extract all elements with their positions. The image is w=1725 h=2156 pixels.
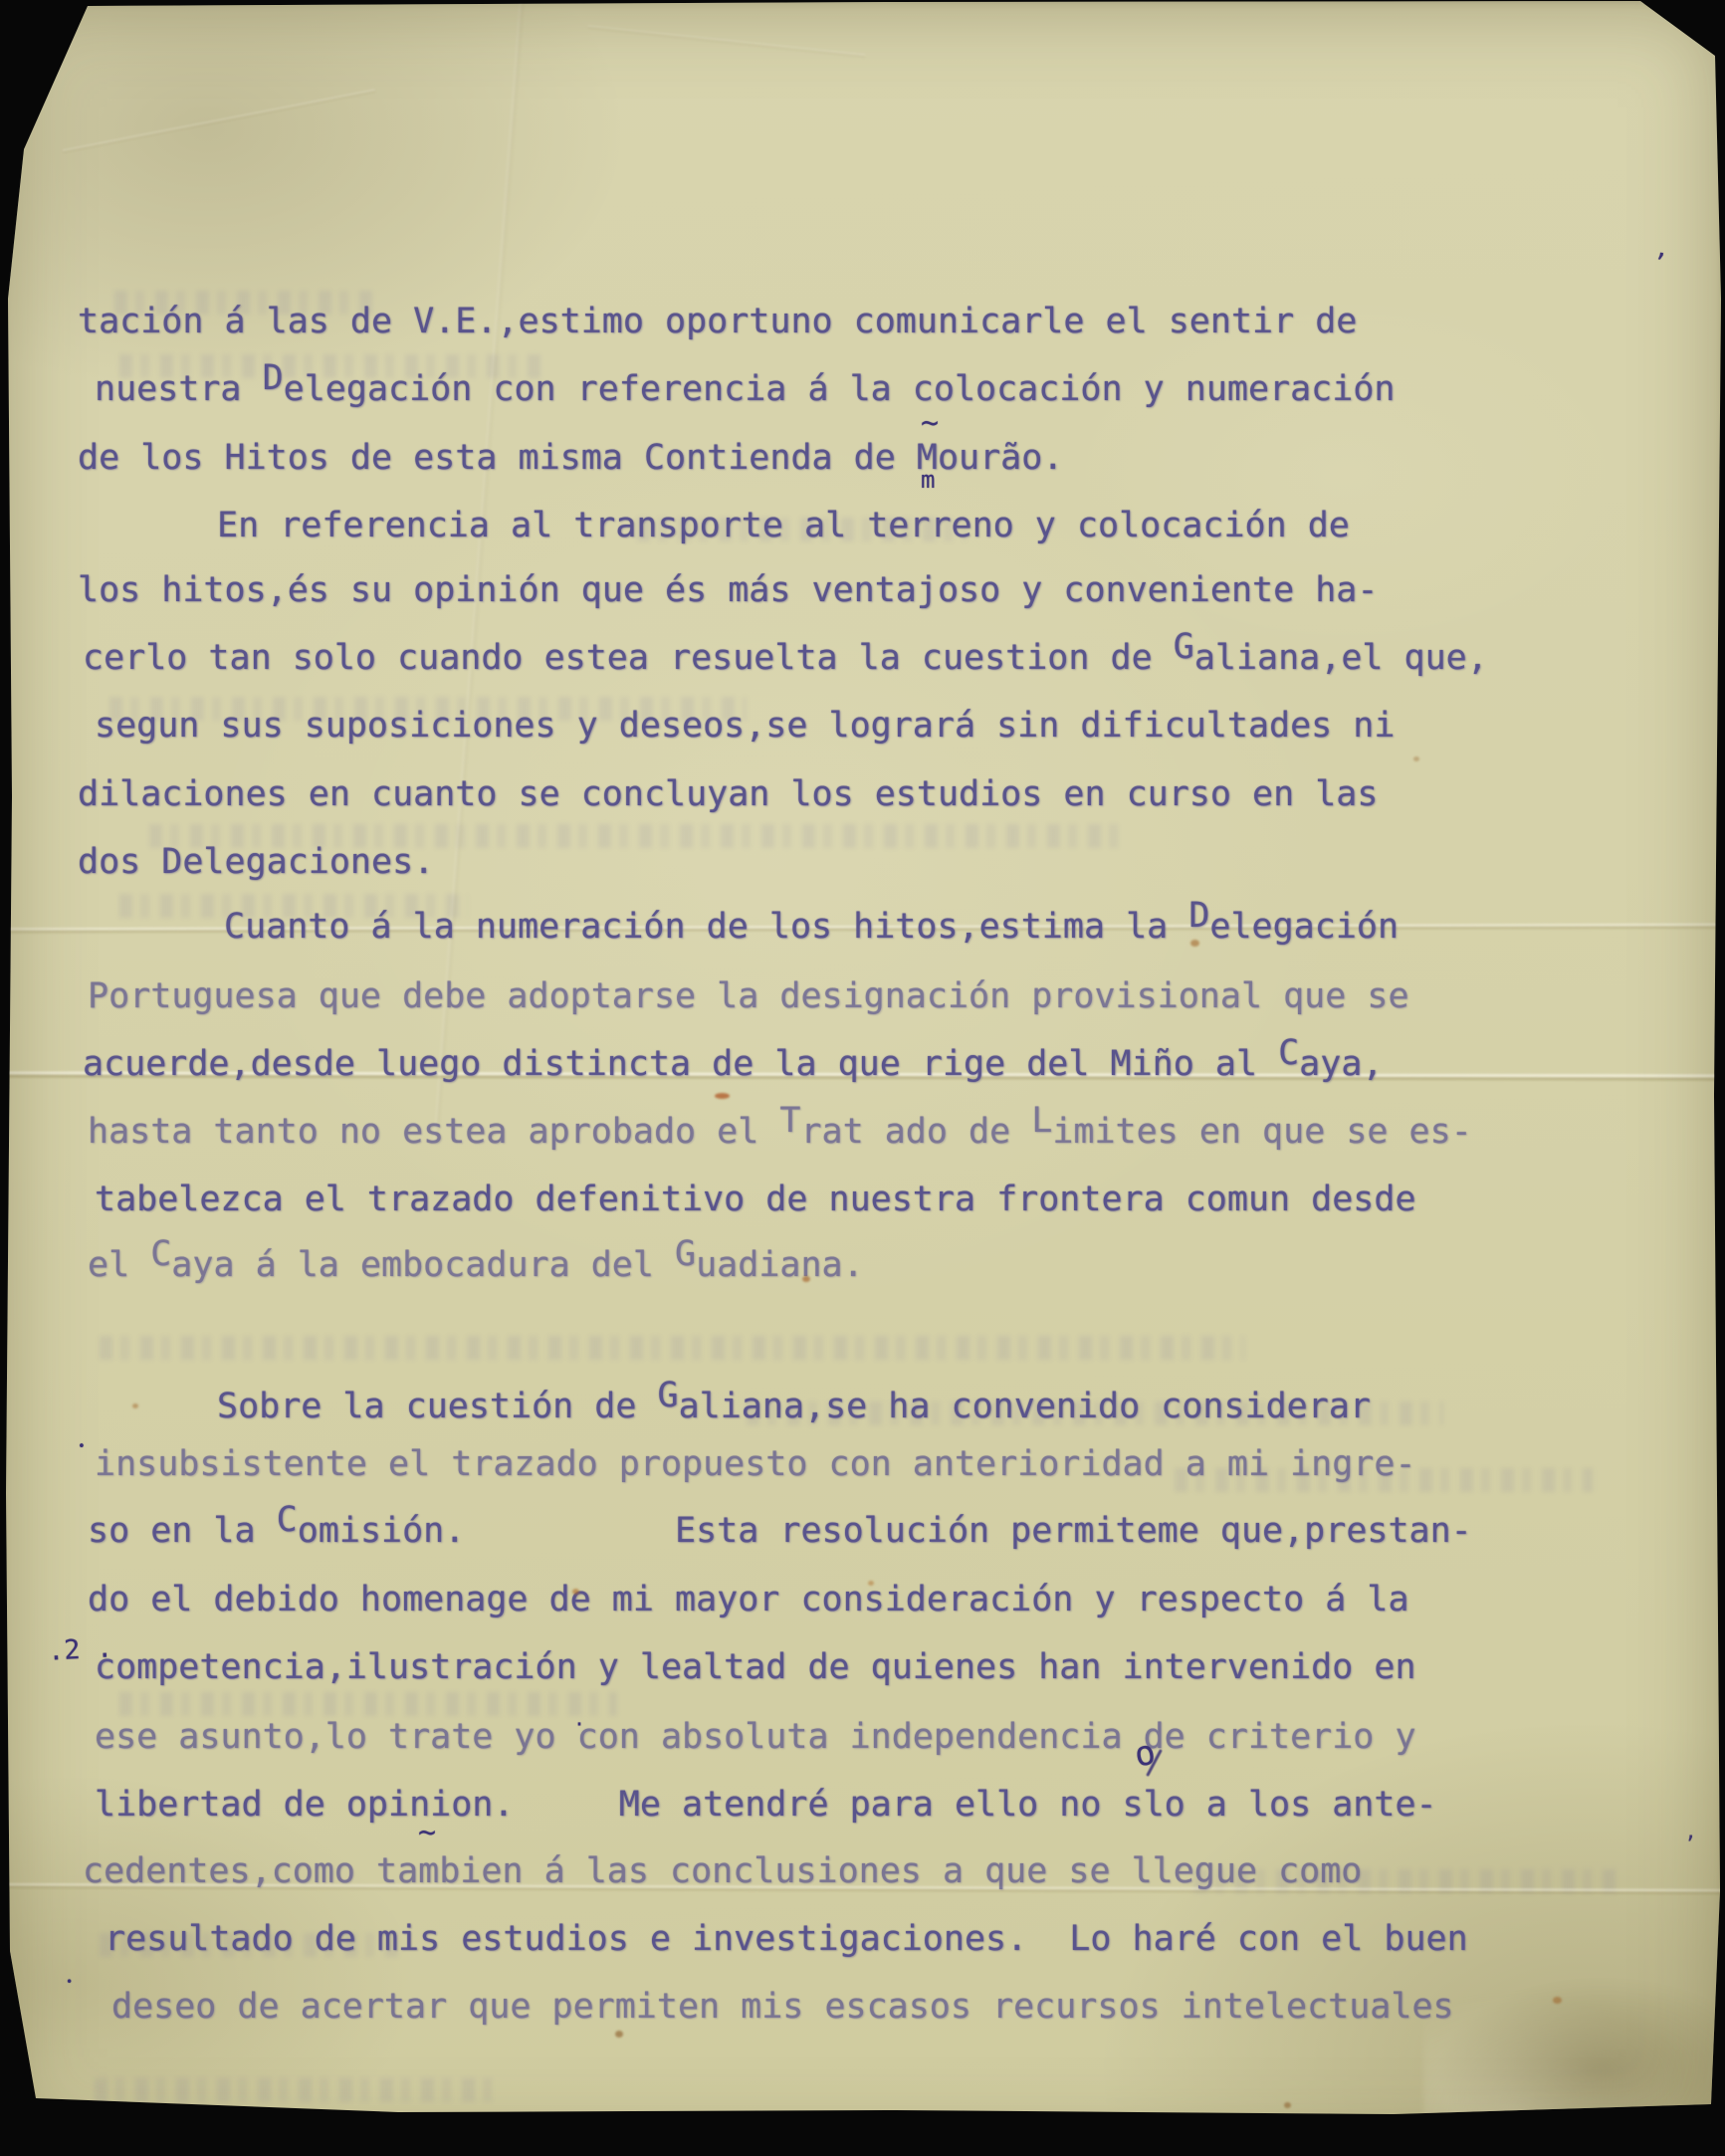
typed-text: hasta tanto no estea aprobado el (88, 1112, 779, 1152)
typed-line: segun sus suposiciones y deseos,se logra… (95, 703, 1395, 749)
typed-text: ese asunto,lo trate yo con absoluta inde… (95, 1717, 1416, 1757)
margin-dot: • (78, 1439, 86, 1454)
raised-letter: C (1278, 1033, 1299, 1073)
typed-line: deseo de acertar que permiten mis escaso… (111, 1984, 1454, 2030)
typed-text: cedentes,como tambien á las conclusiones… (83, 1851, 1362, 1891)
typed-line: tabelezca el trazado defenitivo de nuest… (95, 1177, 1416, 1222)
top-right-fleck: ʼ (1650, 248, 1668, 278)
paper-crease (588, 25, 866, 57)
typed-text: do el debido homenage de mi mayor consid… (88, 1580, 1409, 1619)
typed-text: dilaciones en cuanto se concluyan los es… (78, 774, 1378, 814)
typed-text: dos Delegaciones. (78, 842, 434, 882)
right-edge-fleck: ʼ (1684, 1832, 1696, 1855)
typed-text: Portuguesa que debe adoptarse la designa… (88, 976, 1409, 1016)
typed-line: acuerde,desde luego distincta de la que … (83, 1041, 1383, 1087)
margin-mark-2: .2 . (47, 1632, 113, 1666)
tilde-under-opinion: ~ (418, 1816, 436, 1850)
typed-text: En referencia al transporte al terreno y… (217, 506, 1350, 545)
typed-line: de los Hitos de esta misma Contienda de … (78, 435, 1063, 481)
typed-text: el (88, 1245, 150, 1285)
raised-letter: C (277, 1500, 298, 1540)
bleedthrough-ghost (119, 1692, 617, 1716)
raised-letter: G (1174, 627, 1194, 667)
raised-letter: G (675, 1234, 696, 1274)
typed-line: do el debido homenage de mi mayor consid… (88, 1577, 1409, 1622)
scanned-document-view: tación á las de V.E.,estimo oportuno com… (0, 0, 1725, 2156)
typed-line: competencia,ilustración y lealtad de qui… (95, 1644, 1416, 1690)
typed-text: rat ado de (800, 1112, 1031, 1152)
typed-text: insubsistente el trazado propuesto con a… (95, 1444, 1416, 1484)
typed-text: elegación con referencia á la colocación… (284, 369, 1396, 409)
paper-stain (572, 1589, 579, 1595)
typed-line: resultado de mis estudios e investigacio… (105, 1916, 1468, 1962)
typed-text: cerlo tan solo cuando estea resuelta la … (83, 638, 1174, 678)
typed-line: hasta tanto no estea aprobado el Trat ad… (88, 1109, 1472, 1155)
stray-dot: · (573, 1712, 585, 1736)
typed-line: cerlo tan solo cuando estea resuelta la … (83, 635, 1488, 681)
typed-text: aya, (1299, 1044, 1383, 1084)
raised-letter: T (779, 1101, 800, 1141)
typed-text: omisión. Esta resolución permiteme que,p… (298, 1511, 1472, 1551)
paper-stain (1553, 1997, 1562, 2004)
typed-text: aliana,se ha convenido considerar (679, 1387, 1371, 1426)
typed-text: competencia,ilustración y lealtad de qui… (95, 1647, 1416, 1687)
raised-letter: C (150, 1234, 171, 1274)
typed-line: ese asunto,lo trate yo con absoluta inde… (95, 1714, 1416, 1760)
typed-text: los hitos,és su opinión que és más venta… (78, 570, 1378, 610)
paper-stain (802, 1276, 810, 1282)
typed-text: elegación (1209, 907, 1399, 947)
raised-letter: D (1188, 896, 1209, 936)
typed-text: acuerde,desde luego distincta de la que … (83, 1044, 1278, 1084)
raised-letter: G (658, 1376, 679, 1415)
typed-line: los hitos,és su opinión que és más venta… (78, 567, 1378, 613)
raised-letter: D (263, 358, 284, 398)
bottom-left-dot: • (66, 1975, 73, 1989)
typed-text: imites en que se es- (1052, 1112, 1471, 1152)
typed-line: tación á las de V.E.,estimo oportuno com… (78, 299, 1357, 344)
typed-line: cedentes,como tambien á las conclusiones… (83, 1848, 1362, 1894)
paper-crumple-shadow (1423, 1971, 1722, 2150)
typed-line: dilaciones en cuanto se concluyan los es… (78, 771, 1378, 817)
paper-stain (1190, 940, 1199, 947)
paper-stain (1284, 2102, 1291, 2108)
typed-text: tación á las de V.E.,estimo oportuno com… (78, 302, 1357, 341)
paper-stain (715, 1093, 730, 1099)
typed-line: En referencia al transporte al terreno y… (217, 503, 1350, 548)
typed-text: segun sus suposiciones y deseos,se logra… (95, 706, 1395, 746)
typed-line: nuestra Delegación con referencia á la c… (95, 366, 1395, 412)
typed-text: uadiana. (696, 1245, 864, 1285)
typed-line: Sobre la cuestión de Galiana,se ha conve… (217, 1384, 1371, 1429)
typed-text: nuestra (95, 369, 263, 409)
paper-stain (1413, 756, 1419, 761)
raised-letter: L (1031, 1101, 1052, 1141)
bleedthrough-ghost (100, 1336, 1244, 1360)
paper-stain (868, 1581, 874, 1586)
typed-text: aliana,el que, (1194, 638, 1488, 678)
typed-line: Cuanto á la numeración de los hitos,esti… (224, 904, 1399, 950)
bleedthrough-ghost (95, 2078, 493, 2102)
typed-line: dos Delegaciones. (78, 839, 434, 885)
typed-line: el Caya á la embocadura del Guadiana. (88, 1242, 864, 1288)
typed-line: insubsistente el trazado propuesto con a… (95, 1441, 1416, 1487)
typed-line: so en la Comisión. Esta resolución permi… (88, 1508, 1472, 1554)
paper-stain (132, 1403, 138, 1408)
typed-text: aya á la embocadura del (171, 1245, 675, 1285)
typed-text: so en la (88, 1511, 277, 1551)
typed-line: libertad de opinion. Me atendré para ell… (95, 1782, 1437, 1828)
typed-text: Sobre la cuestión de (217, 1387, 658, 1426)
typed-text: deseo de acertar que permiten mis escaso… (111, 1987, 1454, 2027)
typed-text: Cuanto á la numeración de los hitos,esti… (224, 907, 1188, 947)
typed-text: tabelezca el trazado defenitivo de nuest… (95, 1180, 1416, 1219)
typed-text: libertad de opinion. Me atendré para ell… (95, 1785, 1437, 1825)
m-under-mourao: m (921, 466, 935, 494)
paper-stain (615, 2031, 623, 2038)
typed-text: resultado de mis estudios e investigacio… (105, 1919, 1468, 1959)
typed-text: de los Hitos de esta misma Contienda de … (78, 438, 1063, 478)
scanned-letter-page: tación á las de V.E.,estimo oportuno com… (0, 0, 1725, 2156)
paper-crease (63, 89, 376, 152)
tilde-over-mourao: ~ (921, 406, 939, 441)
typed-line: Portuguesa que debe adoptarse la designa… (88, 973, 1409, 1019)
